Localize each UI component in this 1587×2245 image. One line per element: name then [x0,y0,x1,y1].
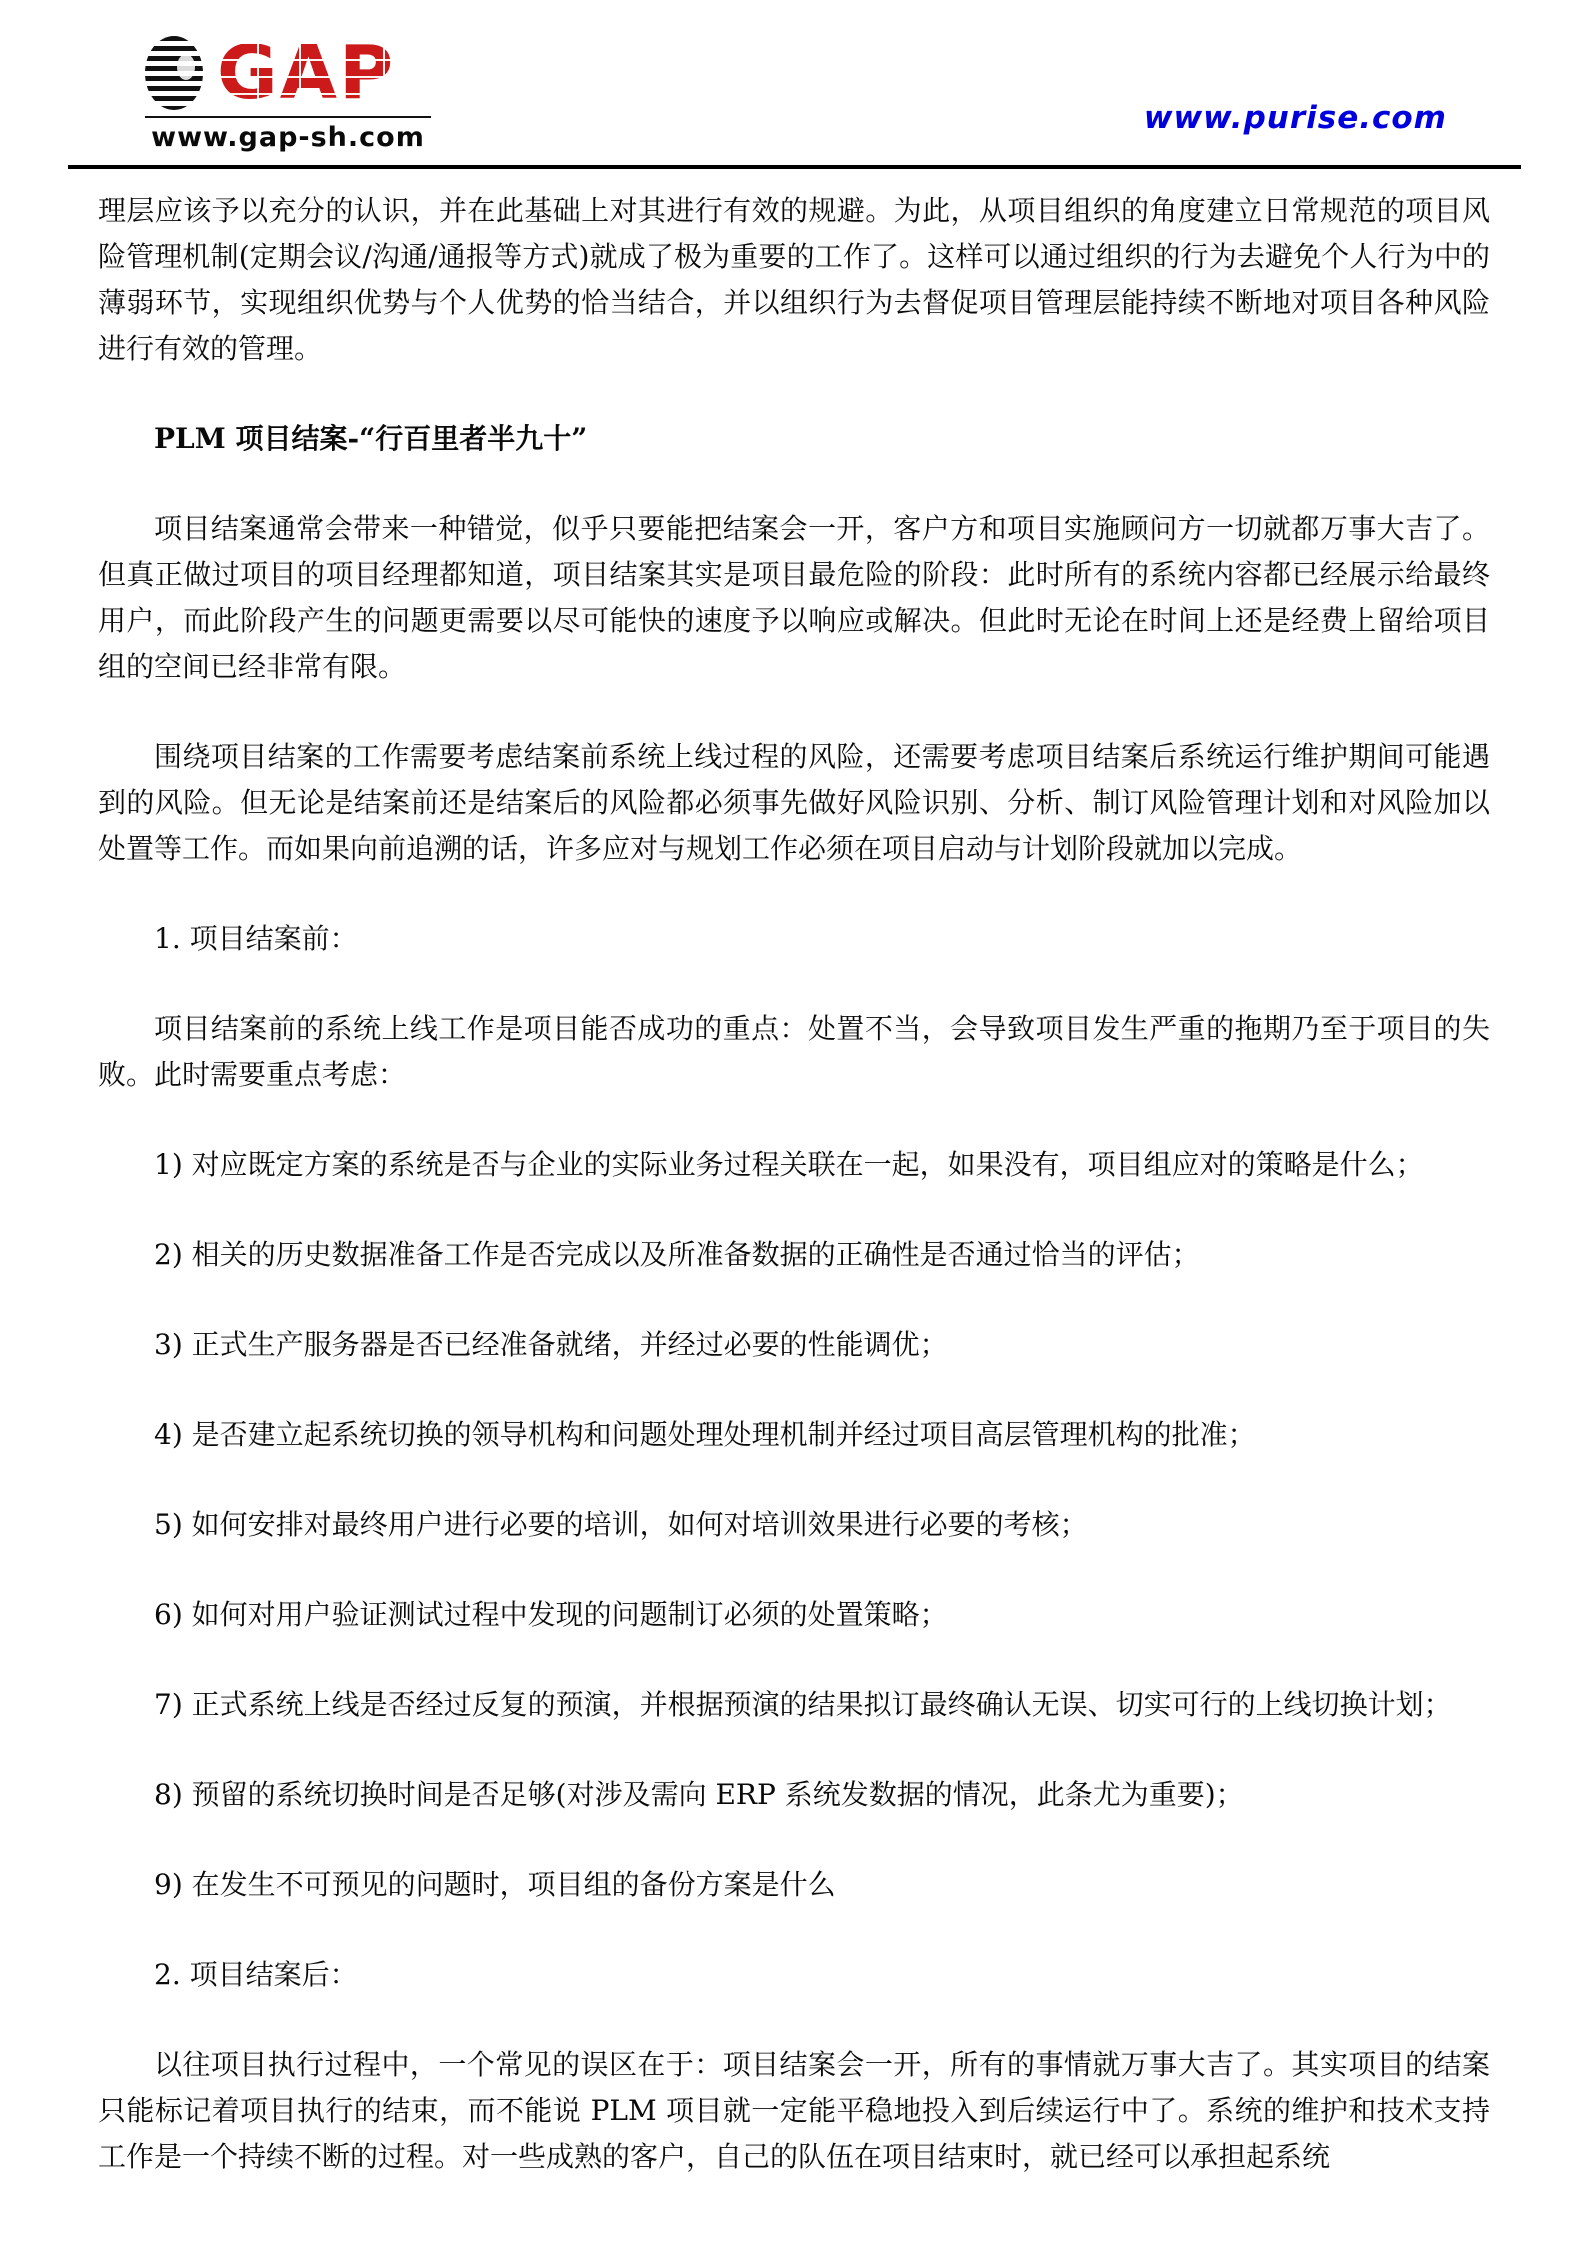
document-page: GAP www.gap-sh.com www.purise.com 理层应该予以… [0,0,1587,2245]
paragraph-after-closure: 以往项目执行过程中，一个常见的误区在于：项目结案会一开，所有的事情就万事大吉了。… [98,2042,1490,2180]
list-item-5: 5) 如何安排对最终用户进行必要的培训，如何对培训效果进行必要的考核； [98,1502,1490,1548]
header-separator-rule [68,165,1521,169]
list-item-6: 6) 如何对用户验证测试过程中发现的问题制订必须的处置策略； [98,1592,1490,1638]
list-item-4: 4) 是否建立起系统切换的领导机构和问题处理处理机制并经过项目高层管理机构的批准… [98,1412,1490,1458]
logo-divider [145,116,431,118]
subheading-after-closure: 2. 项目结案后： [98,1952,1490,1998]
subheading-before-closure: 1. 项目结案前： [98,916,1490,962]
paragraph-risk-management-overflow: 理层应该予以充分的认识，并在此基础上对其进行有效的规避。为此，从项目组织的角度建… [98,188,1490,372]
paragraph-closure-illusion: 项目结案通常会带来一种错觉，似乎只要能把结案会一开，客户方和项目实施顾问方一切就… [98,506,1490,690]
logo-row: GAP [145,36,431,110]
list-item-2: 2) 相关的历史数据准备工作是否完成以及所准备数据的正确性是否通过恰当的评估； [98,1232,1490,1278]
list-item-9: 9) 在发生不可预见的问题时，项目组的备份方案是什么 [98,1862,1490,1908]
list-item-1: 1) 对应既定方案的系统是否与企业的实际业务过程关联在一起，如果没有，项目组应对… [98,1142,1490,1188]
logo-brand-text: GAP [217,36,395,110]
document-body: 理层应该予以充分的认识，并在此基础上对其进行有效的规避。为此，从项目组织的角度建… [98,188,1490,2224]
paragraph-closure-risks: 围绕项目结案的工作需要考虑结案前系统上线过程的风险，还需要考虑项目结案后系统运行… [98,734,1490,872]
purise-site-link[interactable]: www.purise.com [1144,100,1447,136]
list-item-3: 3) 正式生产服务器是否已经准备就绪，并经过必要的性能调优； [98,1322,1490,1368]
globe-icon [145,36,203,110]
section-heading-plm-closure: PLM 项目结案-“行百里者半九十” [98,416,1490,462]
list-item-7: 7) 正式系统上线是否经过反复的预演，并根据预演的结果拟订最终确认无误、切实可行… [98,1682,1490,1728]
list-item-8: 8) 预留的系统切换时间是否足够(对涉及需向 ERP 系统发数据的情况，此条尤为… [98,1772,1490,1818]
company-logo: GAP www.gap-sh.com [145,36,431,153]
gap-site-link[interactable]: www.gap-sh.com [145,122,431,153]
paragraph-before-closure-intro: 项目结案前的系统上线工作是项目能否成功的重点：处置不当，会导致项目发生严重的拖期… [98,1006,1490,1098]
